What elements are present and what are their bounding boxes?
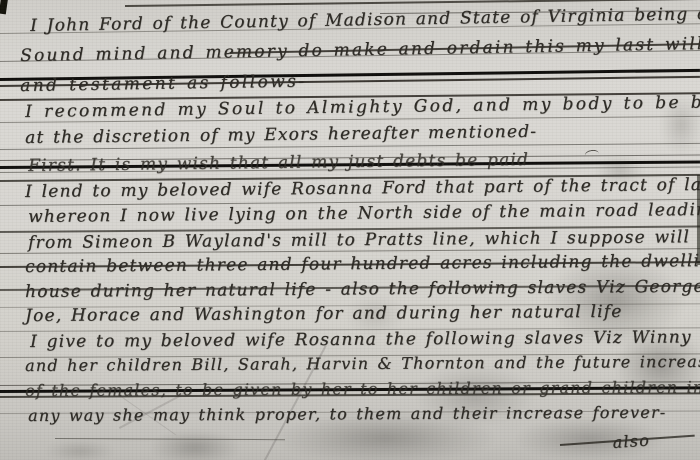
manuscript-line: I lend to my beloved wife Rosanna Ford t… xyxy=(25,175,700,202)
manuscript-line: whereon I now live lying on the North si… xyxy=(28,200,700,227)
manuscript-line: from Simeon B Wayland's mill to Pratts l… xyxy=(28,227,690,253)
manuscript-line: any way she may think proper, to them an… xyxy=(28,403,666,425)
marginal-note: also xyxy=(612,430,651,452)
manuscript-line: Sound mind and memory do make and ordain… xyxy=(20,34,700,66)
manuscript-line: contain between three and four hundred a… xyxy=(25,251,700,277)
manuscript-line-struck: of the females, to be given by her to he… xyxy=(25,377,700,400)
manuscript-line: I give to my beloved wife Rosanna the fo… xyxy=(30,327,692,352)
manuscript-line: I John Ford of the County of Madison and… xyxy=(30,4,700,36)
manuscript-line-struck: First. It is my wish that all my just de… xyxy=(28,150,529,176)
manuscript-line: Joe, Horace and Washington for and durin… xyxy=(25,302,623,326)
document-scan: I John Ford of the County of Madison and… xyxy=(0,0,700,460)
manuscript-line: and testament as follows- xyxy=(20,72,307,96)
manuscript-line: and her children Bill, Sarah, Harvin & T… xyxy=(25,352,700,375)
manuscript-text-layer: I John Ford of the County of Madison and… xyxy=(0,0,700,460)
manuscript-line: house during her natural life - also the… xyxy=(25,277,700,302)
manuscript-line: at the discretion of my Exors hereafter … xyxy=(25,122,537,148)
manuscript-line: I recommend my Soul to Almighty God, and… xyxy=(25,92,700,122)
